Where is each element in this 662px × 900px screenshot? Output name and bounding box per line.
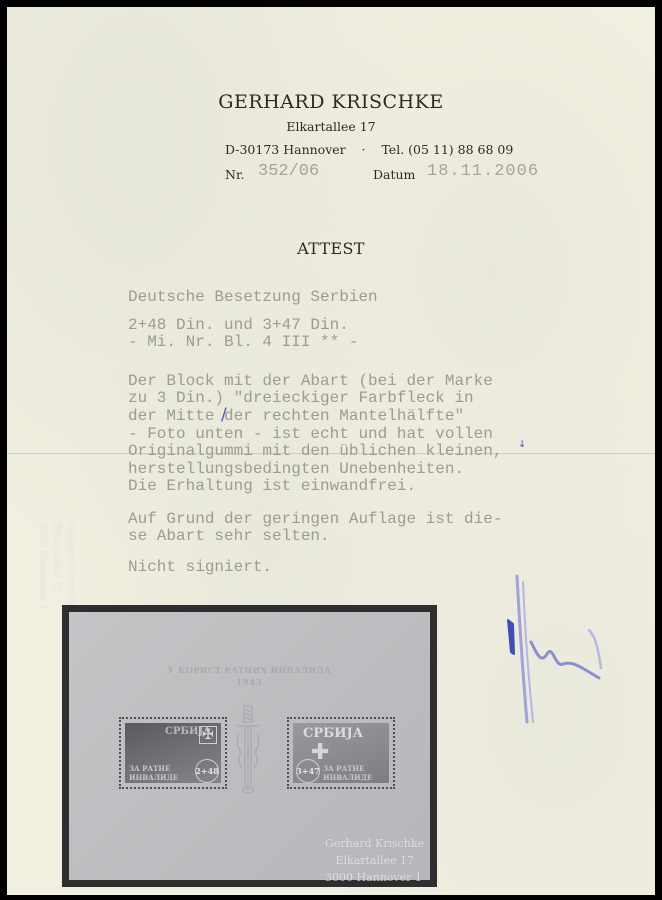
nr-label: Nr. [225,167,245,182]
stamp-left: СРБИЈА ✠ ЗА РАТНЕ ИНВАЛИДЕ 2+48 [119,717,227,789]
company-phone: Tel. (05 11) 88 68 09 [381,142,513,157]
text-line: Die Erhaltung ist einwandfrei. [128,477,416,495]
serbian-cross-icon: ✠ [199,726,217,744]
stamp-country: СРБИЈА [303,726,363,741]
company-name: GERHARD KRISCHKE [7,91,655,113]
stamp-caption: ЗА РАТНЕ ИНВАЛИДЕ [323,764,389,782]
text-line: Auf Grund der geringen Auflage ist die- [128,510,502,528]
sheet-year: 1943 [69,677,430,687]
text-line: Deutsche Besetzung Serbien [128,288,378,306]
text-line: der Mitte der rechten Mantelhälfte" [128,407,464,425]
company-contact: D-30173 Hannover · Tel. (05 11) 88 68 09 [225,142,513,157]
handwritten-signature [507,572,617,732]
embossed-seal-bottom: Gerhard Krischke Elkartallee 17 3000 Han… [325,835,424,886]
text-line: zu 3 Din.) "dreieckiger Farbfleck in [128,389,474,407]
text-line: Originalgummi mit den üblichen kleinen, [128,442,502,460]
serbian-cross-icon: ✚ [311,745,327,761]
sword-ornament-icon [233,704,263,799]
company-city: D-30173 Hannover [225,142,346,157]
text-line: herstellungsbedingten Unebenheiten. [128,460,464,478]
stamp-image: СРБИЈА ✚ ЗА РАТНЕ ИНВАЛИДЕ 3+47 [293,723,389,783]
ink-correction-mark: ↓ [518,439,526,450]
text-line: - Mi. Nr. Bl. 4 III ** - [128,333,358,351]
stamp-image: СРБИЈА ✠ ЗА РАТНЕ ИНВАЛИДЕ 2+48 [125,723,221,783]
stamp-value: 2+48 [195,759,219,783]
stamp-right: СРБИЈА ✚ ЗА РАТНЕ ИНВАЛИДЕ 3+47 [287,717,395,789]
attest-title: ATTEST [7,239,655,258]
text-line: Nicht signiert. [128,558,272,576]
text-line: - Foto unten - ist echt und hat vollen [128,425,493,443]
separator-dot: · [362,142,366,157]
company-street: Elkartallee 17 [7,119,655,134]
datum-label: Datum [373,167,415,182]
sheet-inscription: У КОРИСТ РАТНИХ ИНВАЛИДА [69,665,430,675]
stamp-value: 3+47 [296,759,320,783]
datum-value: 18.11.2006 [427,162,539,181]
nr-value: 352/06 [258,162,319,181]
text-line: Der Block mit der Abart (bei der Marke [128,372,493,390]
embossed-seal-left: Gerhard Krischke Elkartallee 17 3000 Han… [35,522,77,612]
text-line: se Abart sehr selten. [128,527,330,545]
text-line: 2+48 Din. und 3+47 Din. [128,316,349,334]
ink-correction-mark: / [221,405,227,425]
certificate-paper: GERHARD KRISCHKE Elkartallee 17 D-30173 … [7,7,655,895]
